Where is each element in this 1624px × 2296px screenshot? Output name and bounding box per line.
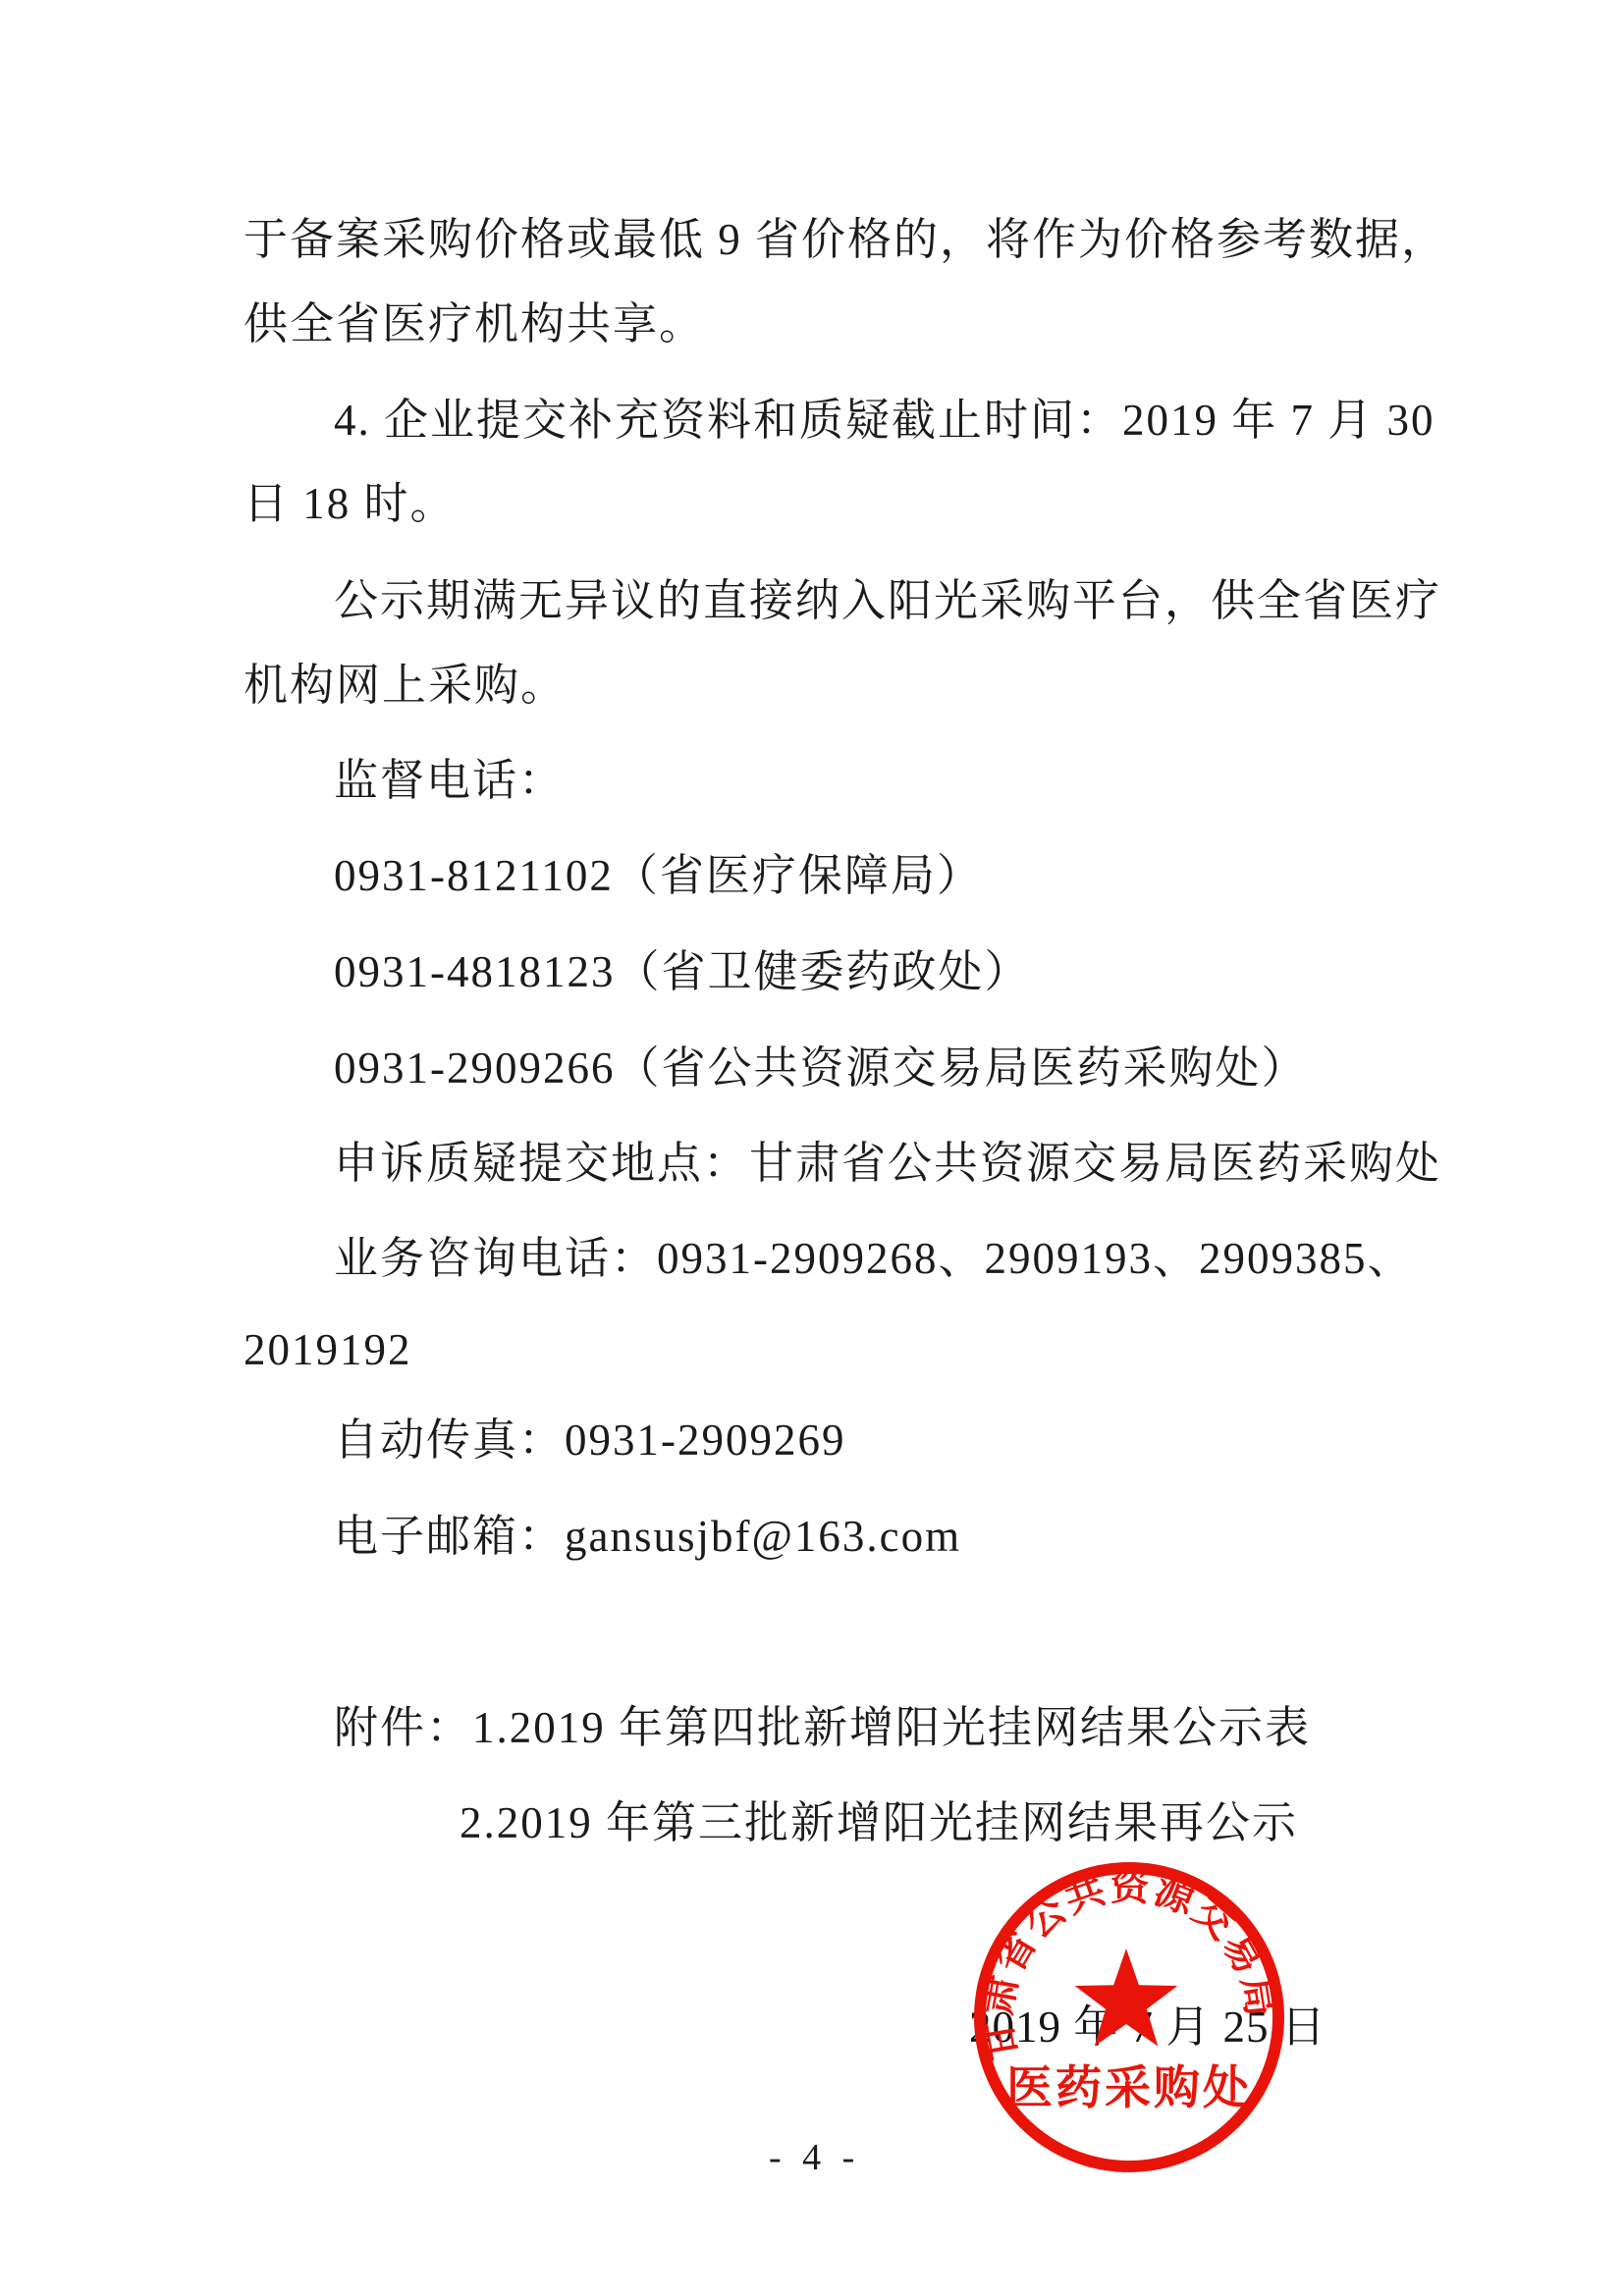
page-number: - 4 - — [769, 2136, 860, 2179]
text-line: 2019192 — [244, 1328, 412, 1372]
document-page: 于备案采购价格或最低 9 省价格的，将作为价格参考数据，供全省医疗机构共享。4.… — [0, 0, 1624, 2296]
text-line: 监督电话： — [334, 759, 565, 803]
text-line: 机构网上采购。 — [244, 664, 567, 708]
seal-department-text: 医药采购处 — [1006, 2063, 1252, 2114]
text-line: 申诉质疑提交地点：甘肃省公共资源交易局医药采购处 — [334, 1142, 1441, 1186]
text-line: 4. 企业提交补充资料和质疑截止时间：2019 年 7 月 30 — [334, 399, 1435, 443]
text-line: 于备案采购价格或最低 9 省价格的，将作为价格参考数据， — [244, 218, 1447, 262]
official-seal: 甘肃省公共资源交易局 医药采购处 — [962, 1850, 1296, 2184]
text-line: 附件：1.2019 年第四批新增阳光挂网结果公示表 — [334, 1706, 1311, 1750]
text-line: 供全省医疗机构共享。 — [244, 302, 705, 347]
text-line: 0931-8121102（省医疗保障局） — [334, 854, 983, 898]
text-line: 电子邮箱：gansusjbf@163.com — [334, 1515, 961, 1559]
text-line: 公示期满无异议的直接纳入阳光采购平台，供全省医疗 — [334, 579, 1441, 623]
text-line: 业务咨询电话：0931-2909268、2909193、2909385、 — [334, 1237, 1414, 1281]
star-icon — [1075, 1949, 1178, 2047]
text-line: 2.2019 年第三批新增阳光挂网结果再公示 — [460, 1801, 1298, 1845]
text-line: 0931-4818123（省卫健委药政处） — [334, 950, 1031, 994]
text-line: 0931-2909266（省公共资源交易局医药采购处） — [334, 1046, 1308, 1091]
text-line: 自动传真：0931-2909269 — [334, 1418, 846, 1463]
text-line: 日 18 时。 — [244, 482, 457, 526]
